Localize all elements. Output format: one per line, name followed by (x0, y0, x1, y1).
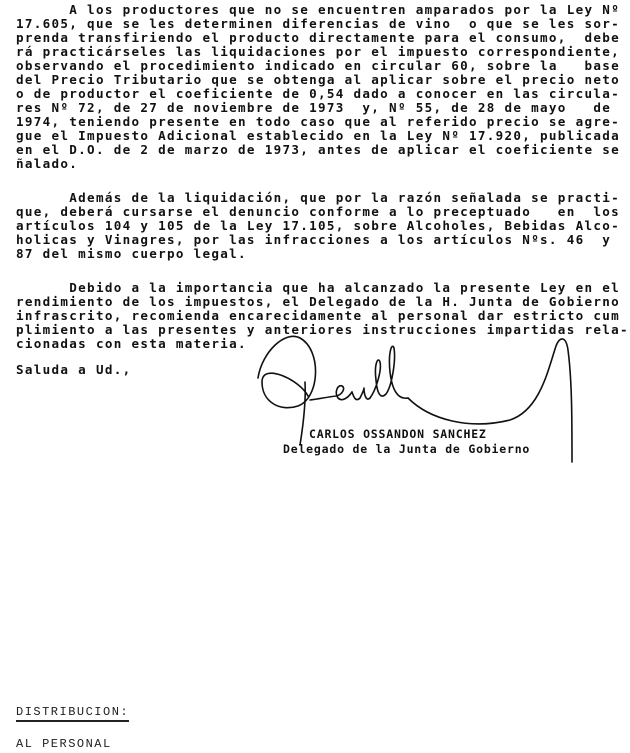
text-line: A los productores que no se encuentren a… (16, 3, 620, 17)
distribution-recipient: AL PERSONAL (16, 737, 112, 751)
text-line: gue el Impuesto Adicional establecido en… (16, 129, 620, 143)
text-line: cionadas con esta materia. (16, 337, 247, 351)
text-line: ñalado. (16, 157, 78, 171)
text-line: res Nº 72, de 27 de noviembre de 1973 y,… (16, 101, 611, 115)
text-line: holicas y Vinagres, por las infracciones… (16, 233, 611, 247)
text-line: prenda transfiriendo el producto directa… (16, 31, 620, 45)
distribution-heading: DISTRIBUCION: (16, 705, 129, 722)
text-line: plimiento a las presentes y anteriores i… (16, 323, 629, 337)
text-line: observando el procedimiento indicado en … (16, 59, 620, 73)
closing-salutation: Saluda a Ud., (16, 363, 131, 377)
text-line: Además de la liquidación, que por la raz… (16, 191, 620, 205)
text-line: infrascrito, recomienda encarecidamente … (16, 309, 620, 323)
text-line: en el D.O. de 2 de marzo de 1973, antes … (16, 143, 620, 157)
text-line: rá practicárseles las liquidaciones por … (16, 45, 620, 59)
document-page: A los productores que no se encuentren a… (0, 0, 630, 753)
text-line: 17.605, que se les determinen diferencia… (16, 17, 620, 31)
text-line: 87 del mismo cuerpo legal. (16, 247, 247, 261)
text-line: del Precio Tributario que se obtenga al … (16, 73, 620, 87)
text-line: que, deberá cursarse el denuncio conform… (16, 205, 620, 219)
text-line: artículos 104 y 105 de la Ley 17.105, so… (16, 219, 620, 233)
text-line: o de productor el coeficiente de 0,54 da… (16, 87, 620, 101)
signatory-name: CARLOS OSSANDON SANCHEZ (309, 427, 487, 441)
text-line: rendimiento de los impuestos, el Delegad… (16, 295, 620, 309)
signatory-title: Delegado de la Junta de Gobierno (283, 442, 530, 456)
text-line: 1974, teniendo presente en todo caso que… (16, 115, 620, 129)
text-line: Debido a la importancia que ha alcanzado… (16, 281, 620, 295)
